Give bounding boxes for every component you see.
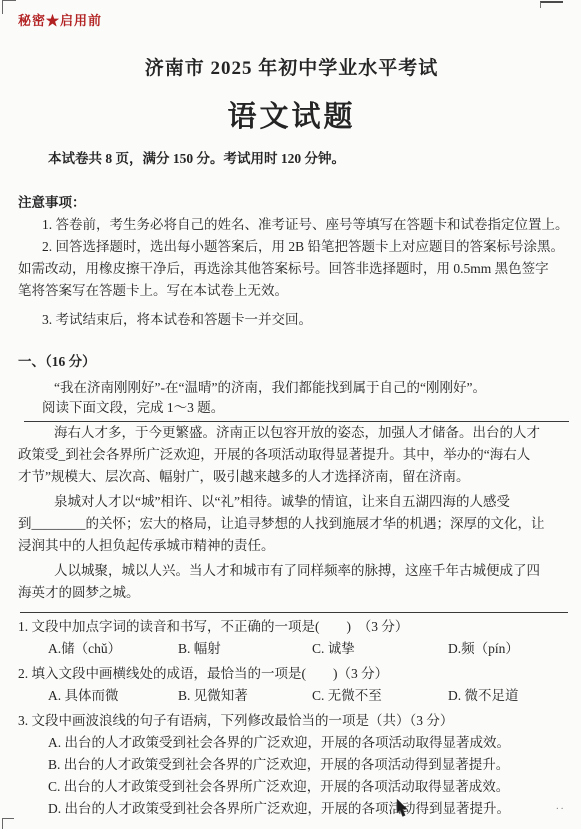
question-2-options: A. 具体而微 B. 见微知著 C. 无微不至 D. 微不足道 <box>18 685 565 707</box>
classification-label: 秘密★启用前 <box>18 12 565 30</box>
passage-line: 浸润其中的人担负起传承城市精神的责任。 <box>18 535 565 557</box>
notes-heading: 注意事项： <box>18 192 565 214</box>
option-item: A. 出台的人才政策受到社会各界的广泛欢迎，开展的各项活动取得显著成效。 <box>18 732 565 754</box>
scan-speck: .. <box>556 800 566 812</box>
passage-line: 到________的关怀；宏大的格局，让追寻梦想的人找到施展才华的机遇；深厚的文… <box>18 513 565 535</box>
option-item: A. 具体而微 <box>48 685 178 707</box>
option-item: A.储（chǔ） <box>48 638 178 660</box>
section-intro-line: “我在济南刚刚好”-在“温晴”的济南，我们都能找到属于自己的“刚刚好”。 <box>18 377 565 398</box>
passage-line: 才节”规模大、层次高、幅射广，吸引越来越多的人才选择济南，留在济南。 <box>18 466 565 488</box>
notice-line-1: 1. 答卷前，考生务必将自己的姓名、准考证号、座号等填写在答题卡和试卷指定位置上… <box>18 214 565 236</box>
divider-bottom <box>20 612 568 613</box>
notice-line-2c: 笔将答案写在答题卡上。写在本试卷上无效。 <box>18 280 565 302</box>
option-item: C. 诚挚 <box>312 638 448 660</box>
option-item: C. 无微不至 <box>312 685 448 707</box>
option-item: C. 出台的人才政策受到社会各界所广泛欢迎，开展的各项活动取得显著成效。 <box>18 776 565 798</box>
option-item: D.频（pín） <box>448 638 519 660</box>
passage-line: 海英才的圆梦之城。 <box>18 582 565 604</box>
option-item: B. 幅射 <box>178 638 312 660</box>
subject-title: 语文试题 <box>18 98 565 136</box>
notice-line-3: 3. 考试结束后，将本试卷和答题卡一并交回。 <box>18 309 565 331</box>
exam-paper-page: 秘密★启用前 济南市 2025 年初中学业水平考试 语文试题 本试卷共 8 页，… <box>0 0 581 829</box>
exam-title: 济南市 2025 年初中学业水平考试 <box>18 56 565 82</box>
passage-line: 海右人才多，于今更繁盛。济南正以包容开放的姿态，加强人才储备。出台的人才 <box>18 422 565 444</box>
question-2-text: 2. 填入文段中画横线处的成语，最恰当的一项是( )（3 分） <box>18 663 565 685</box>
section-heading: 一、（16 分） <box>18 351 565 373</box>
option-item: D. 微不足道 <box>448 685 519 707</box>
scan-corner-mark-top-right <box>540 1 563 8</box>
mouse-cursor-icon <box>396 799 409 818</box>
scan-corner-mark-top-left <box>2 0 16 14</box>
question-1-text: 1. 文段中加点字词的读音和书写，不正确的一项是( ) （3 分） <box>18 616 565 638</box>
question-3-text: 3. 文段中画波浪线的句子有语病，下列修改最恰当的一项是（共）（3 分） <box>18 710 565 732</box>
notice-line-2a: 2. 回答选择题时，选出每小题答案后，用 2B 铅笔把答题卡上对应题目的答案标号… <box>18 236 565 258</box>
question-1-options: A.储（chǔ） B. 幅射 C. 诚挚 D.频（pín） <box>18 638 565 660</box>
option-item: B. 出台的人才政策受到社会各界的广泛欢迎，开展的各项活动得到显著提升。 <box>18 754 565 776</box>
option-item: B. 见微知著 <box>178 685 312 707</box>
exam-info: 本试卷共 8 页，满分 150 分。考试用时 120 分钟。 <box>18 148 565 170</box>
option-item: D. 出台的人才政策受到社会各界所广泛欢迎，开展的各项活动得到显著提升。 <box>18 798 565 820</box>
scan-corner-mark-bottom-left <box>2 818 14 829</box>
notice-line-2b: 如需改动，用橡皮擦干净后，再选涂其他答案标号。回答非选择题时，用 0.5mm 黑… <box>18 258 565 280</box>
reading-instruction: 阅读下面文段，完成 1～3 题。 <box>18 398 565 418</box>
passage-line: 泉城对人才以“城”相许、以“礼”相待。诚挚的情谊，让来自五湖四海的人感受 <box>18 491 565 513</box>
passage-line: 政策受_到社会各界所广泛欢迎，开展的各项活动取得显著提升。其中，举办的“海右人 <box>18 444 565 466</box>
passage-line: 人以城聚，城以人兴。当人才和城市有了同样频率的脉搏，这座千年古城便成了四 <box>18 560 565 582</box>
